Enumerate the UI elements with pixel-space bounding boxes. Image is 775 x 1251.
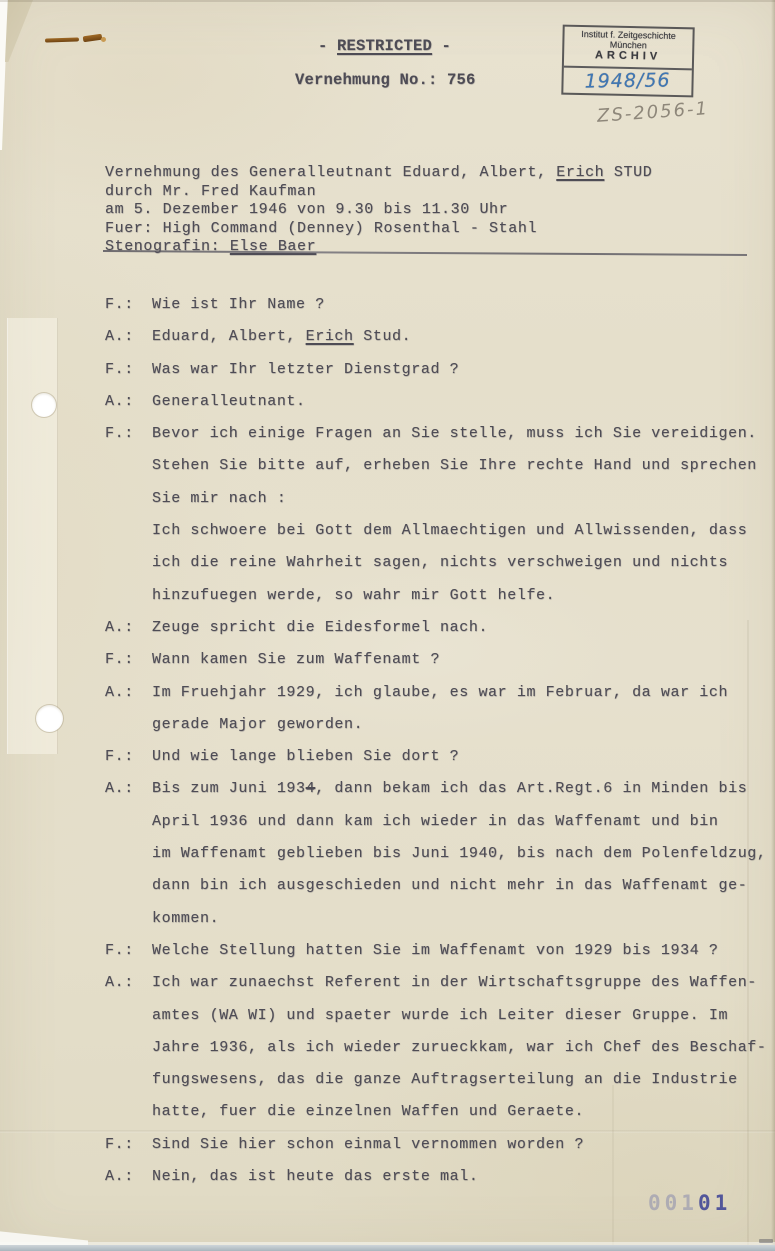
speaker-label xyxy=(105,709,152,741)
qa-text: hatte, fuer die einzelnen Waffen und Ger… xyxy=(152,1096,584,1128)
page-edge xyxy=(771,0,775,1251)
qa-text: Ich schwoere bei Gott dem Allmaechtigen … xyxy=(152,515,747,547)
qa-text: hinzufuegen werde, so wahr mir Gott helf… xyxy=(152,580,555,612)
document-header-block: Vernehmung des Generalleutnant Eduard, A… xyxy=(105,164,652,257)
qa-text: April 1936 und dann kam ich wieder in da… xyxy=(152,806,719,838)
speaker-label: F.: xyxy=(105,354,152,386)
qa-line: A.:Nein, das ist heute das erste mal. xyxy=(105,1161,767,1193)
speaker-label: A.: xyxy=(105,773,152,805)
classification-title: - RESTRICTED - xyxy=(318,37,451,55)
header-line: Vernehmung des Generalleutnant Eduard, A… xyxy=(105,164,652,183)
qa-line: hatte, fuer die einzelnen Waffen und Ger… xyxy=(105,1096,767,1128)
speaker-label xyxy=(105,806,152,838)
page-number-stamp: 00101 xyxy=(648,1191,731,1215)
qa-text: im Waffenamt geblieben bis Juni 1940, bi… xyxy=(152,838,767,870)
speaker-label: A.: xyxy=(105,677,152,709)
qa-text: Ich war zunaechst Referent in der Wirtsc… xyxy=(152,967,757,999)
speaker-label: F.: xyxy=(105,741,152,773)
speaker-label: F.: xyxy=(105,418,152,450)
qa-line: Jahre 1936, als ich wieder zurueckkam, w… xyxy=(105,1032,767,1064)
qa-line: dann bin ich ausgeschieden und nicht meh… xyxy=(105,870,767,902)
qa-line: A.:Im Fruehjahr 1929, ich glaube, es war… xyxy=(105,677,767,709)
qa-line: A.:Zeuge spricht die Eidesformel nach. xyxy=(105,612,767,644)
qa-text: Wie ist Ihr Name ? xyxy=(152,289,325,321)
header-line: Fuer: High Command (Denney) Rosenthal - … xyxy=(105,220,652,239)
stamp-archiv-line: ARCHIV xyxy=(564,49,692,65)
speaker-label xyxy=(105,903,152,935)
qa-line: fungswesens, das die ganze Auftragsertei… xyxy=(105,1064,767,1096)
stamp-handwritten-number: 1948/56 xyxy=(563,68,691,94)
qa-transcript: F.:Wie ist Ihr Name ?A.:Eduard, Albert, … xyxy=(105,289,767,1193)
page-edge xyxy=(0,0,775,2)
edge-smudge xyxy=(759,1239,773,1243)
qa-text: Was war Ihr letzter Dienstgrad ? xyxy=(152,354,459,386)
qa-text: gerade Major geworden. xyxy=(152,709,363,741)
header-line: am 5. Dezember 1946 von 9.30 bis 11.30 U… xyxy=(105,201,652,220)
qa-text: Stehen Sie bitte auf, erheben Sie Ihre r… xyxy=(152,450,757,482)
speaker-label: F.: xyxy=(105,935,152,967)
qa-line: amtes (WA WI) und spaeter wurde ich Leit… xyxy=(105,1000,767,1032)
qa-text: fungswesens, das die ganze Auftragsertei… xyxy=(152,1064,738,1096)
qa-line: gerade Major geworden. xyxy=(105,709,767,741)
speaker-label xyxy=(105,1064,152,1096)
speaker-label xyxy=(105,838,152,870)
scanner-background xyxy=(0,1245,775,1251)
qa-line: F.:Bevor ich einige Fragen an Sie stelle… xyxy=(105,418,767,450)
qa-line: A.:Bis zum Juni 1934, dann bekam ich das… xyxy=(105,773,767,805)
qa-line: Sie mir nach : xyxy=(105,483,767,515)
qa-line: F.:Sind Sie hier schon einmal vernommen … xyxy=(105,1129,767,1161)
speaker-label: F.: xyxy=(105,644,152,676)
qa-line: kommen. xyxy=(105,903,767,935)
qa-text: Jahre 1936, als ich wieder zurueckkam, w… xyxy=(152,1032,767,1064)
speaker-label: F.: xyxy=(105,1129,152,1161)
speaker-label xyxy=(105,1000,152,1032)
qa-line: F.:Und wie lange blieben Sie dort ? xyxy=(105,741,767,773)
qa-text: Sie mir nach : xyxy=(152,483,286,515)
qa-text: Eduard, Albert, Erich Stud. xyxy=(152,321,411,353)
qa-text: Wann kamen Sie zum Waffenamt ? xyxy=(152,644,440,676)
qa-line: A.:Generalleutnant. xyxy=(105,386,767,418)
speaker-label xyxy=(105,515,152,547)
qa-line: A.:Eduard, Albert, Erich Stud. xyxy=(105,321,767,353)
qa-line: Ich schwoere bei Gott dem Allmaechtigen … xyxy=(105,515,767,547)
header-line: durch Mr. Fred Kaufman xyxy=(105,183,652,202)
qa-text: Welche Stellung hatten Sie im Waffenamt … xyxy=(152,935,719,967)
speaker-label xyxy=(105,1032,152,1064)
speaker-label: A.: xyxy=(105,967,152,999)
tape-strip xyxy=(7,318,58,754)
speaker-label xyxy=(105,580,152,612)
speaker-label: A.: xyxy=(105,321,152,353)
qa-text: dann bin ich ausgeschieden und nicht meh… xyxy=(152,870,747,902)
qa-text: Zeuge spricht die Eidesformel nach. xyxy=(152,612,488,644)
speaker-label xyxy=(105,870,152,902)
punch-hole xyxy=(36,705,63,732)
speaker-label xyxy=(105,547,152,579)
qa-line: F.:Wann kamen Sie zum Waffenamt ? xyxy=(105,644,767,676)
qa-text: ich die reine Wahrheit sagen, nichts ver… xyxy=(152,547,728,579)
qa-text: Bevor ich einige Fragen an Sie stelle, m… xyxy=(152,418,757,450)
speaker-label: A.: xyxy=(105,386,152,418)
page-number-dark-part: 01 xyxy=(698,1191,731,1215)
scanned-document-page: Institut f. Zeitgeschichte München ARCHI… xyxy=(0,0,775,1251)
qa-text: kommen. xyxy=(152,903,219,935)
qa-line: F.:Wie ist Ihr Name ? xyxy=(105,289,767,321)
qa-text: Und wie lange blieben Sie dort ? xyxy=(152,741,459,773)
archive-stamp-header: Institut f. Zeitgeschichte München ARCHI… xyxy=(564,27,693,71)
speaker-label: F.: xyxy=(105,289,152,321)
qa-text: Sind Sie hier schon einmal vernommen wor… xyxy=(152,1129,584,1161)
punch-hole xyxy=(32,393,56,417)
qa-text: Bis zum Juni 1934, dann bekam ich das Ar… xyxy=(152,773,747,805)
qa-line: ich die reine Wahrheit sagen, nichts ver… xyxy=(105,547,767,579)
qa-line: Stehen Sie bitte auf, erheben Sie Ihre r… xyxy=(105,450,767,482)
speaker-label xyxy=(105,1096,152,1128)
speaker-label: A.: xyxy=(105,612,152,644)
rust-staple-mark xyxy=(101,37,106,42)
qa-text: amtes (WA WI) und spaeter wurde ich Leit… xyxy=(152,1000,728,1032)
qa-line: April 1936 und dann kam ich wieder in da… xyxy=(105,806,767,838)
qa-line: hinzufuegen werde, so wahr mir Gott helf… xyxy=(105,580,767,612)
archive-stamp: Institut f. Zeitgeschichte München ARCHI… xyxy=(561,25,694,98)
qa-text: Nein, das ist heute das erste mal. xyxy=(152,1161,478,1193)
qa-line: im Waffenamt geblieben bis Juni 1940, bi… xyxy=(105,838,767,870)
qa-line: F.:Welche Stellung hatten Sie im Waffena… xyxy=(105,935,767,967)
qa-text: Im Fruehjahr 1929, ich glaube, es war im… xyxy=(152,677,728,709)
speaker-label: A.: xyxy=(105,1161,152,1193)
qa-line: A.:Ich war zunaechst Referent in der Wir… xyxy=(105,967,767,999)
speaker-label xyxy=(105,450,152,482)
page-number-faint-part: 001 xyxy=(648,1191,698,1215)
qa-text: Generalleutnant. xyxy=(152,386,306,418)
interrogation-number-title: Vernehmung No.: 756 xyxy=(295,71,476,89)
qa-line: F.:Was war Ihr letzter Dienstgrad ? xyxy=(105,354,767,386)
speaker-label xyxy=(105,483,152,515)
